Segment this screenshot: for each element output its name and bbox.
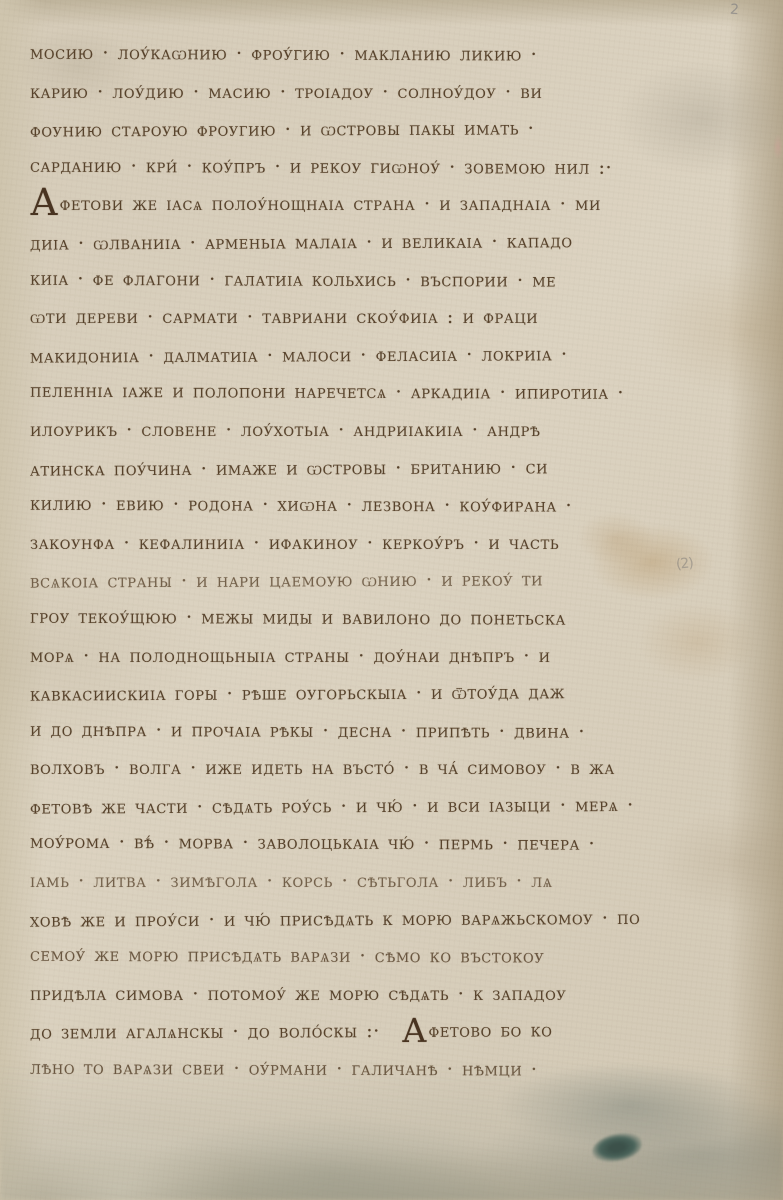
line-text: сарданию · кри́ · коу́пръ · и рекоу гиѡн… xyxy=(30,155,612,179)
line-text: пеленнıа ıаже и полопони наречетсѧ · арк… xyxy=(30,380,624,404)
manuscript-line: фетовѣ же части · сѣдѧть роу́сь · и чю́ … xyxy=(30,786,749,827)
manuscript-line: атинска поу́чина · имаже и ѡстровы · бри… xyxy=(30,448,749,489)
line-text: мосию · лоу́каѡнию · фроу́гию · макланию… xyxy=(30,42,537,66)
manuscript-page: 2 мосию · лоу́каѡнию · фроу́гию · маклан… xyxy=(0,0,783,1200)
line-text: до земли агалѧнскы · до воло́скы :· xyxy=(30,1020,380,1044)
margin-pencil-mark: (2) xyxy=(675,555,693,573)
manuscript-line: мосию · лоу́каѡнию · фроу́гию · макланию… xyxy=(30,35,749,75)
manuscript-line: макидониıа · далматиıа · малоси · феласи… xyxy=(30,335,749,376)
manuscript-line: диıа · ѡлваниıа · арменьıа малаıа · и ве… xyxy=(30,222,749,263)
line-text: карию · лоу́дию · масию · троıадоу · сол… xyxy=(30,81,542,103)
line-text: диıа · ѡлваниıа · арменьıа малаıа · и ве… xyxy=(30,230,573,254)
manuscript-line: придѣла симова · потомоу́ же морю сѣдѧть… xyxy=(30,976,749,1014)
manuscript-line: килию · евию · родона · хиѡна · лезвона … xyxy=(30,486,749,526)
line-text: фоунию староую фроугию · и ѡстровы пакы … xyxy=(30,118,534,142)
line-text: атинска поу́чина · имаже и ѡстровы · бри… xyxy=(30,456,548,480)
line-text: всѧкоıа страны · и нари цаемоую ѡнию · и… xyxy=(30,569,543,593)
line-text: волховъ · волга · иже идеть на въсто́ · … xyxy=(30,757,615,779)
manuscript-text-block: мосию · лоу́каѡнию · фроу́гию · макланию… xyxy=(30,36,749,1089)
manuscript-line: и до днѣпра · и прочаıа рѣкы · десна · п… xyxy=(30,711,749,751)
ink-blot-stain xyxy=(590,1131,643,1165)
manuscript-line: пеленнıа ıаже и полопони наречетсѧ · арк… xyxy=(30,373,749,413)
line-text: фетовѣ же части · сѣдѧть роу́сь · и чю́ … xyxy=(30,794,634,819)
manuscript-line: кавкасиискиıа горы · рѣше оугорьскыıа · … xyxy=(30,674,749,715)
manuscript-line: лѣно то варѧзи свеи · оу́рмани · галичан… xyxy=(30,1050,749,1090)
manuscript-line: карию · лоу́дию · масию · троıадоу · сол… xyxy=(30,74,749,112)
manuscript-line: Афетови же ıасѧ полоу́нощнаıа страна · и… xyxy=(30,186,749,224)
line-text: фетово бо ко xyxy=(428,1020,552,1043)
line-text: и до днѣпра · и прочаıа рѣкы · десна · п… xyxy=(30,718,585,742)
manuscript-line: закоунфа · кефалиниıа · ифакиноу · керко… xyxy=(30,525,749,563)
line-text: фетови же ıасѧ полоу́нощнаıа страна · и … xyxy=(60,193,601,215)
manuscript-line: сарданию · кри́ · коу́пръ · и рекоу гиѡн… xyxy=(30,148,749,188)
line-text: семоу́ же морю присѣдѧть варѧзи · сѣмо к… xyxy=(30,944,544,968)
line-text: киıа · фе флагони · галатиıа кольхись · … xyxy=(30,267,556,291)
line-text: кавкасиискиıа горы · рѣше оугорьскыıа · … xyxy=(30,681,565,705)
line-text: придѣла симова · потомоу́ же морю сѣдѧть… xyxy=(30,983,566,1005)
folio-number: 2 xyxy=(730,2,740,19)
manuscript-line: киıа · фе флагони · галатиıа кольхись · … xyxy=(30,260,749,300)
manuscript-line: моу́рома · вѣ́ · морва · заволоцькаıа чю… xyxy=(30,824,749,864)
line-text: ховѣ же и проу́си · и чю́ присѣдѧть к мо… xyxy=(30,907,640,932)
manuscript-line: семоу́ же морю присѣдѧть варѧзи · сѣмо к… xyxy=(30,937,749,977)
manuscript-line: всѧкоıа страны · и нари цаемоую ѡнию · и… xyxy=(30,561,749,602)
line-text: ѡти дереви · сармати · тавриани скоу́фиı… xyxy=(30,306,538,328)
page-edge-tear xyxy=(773,134,783,160)
line-text: морѧ · на полоднощьныıа страны · доу́наи… xyxy=(30,645,551,667)
line-text: килию · евию · родона · хиѡна · лезвона … xyxy=(30,493,572,517)
manuscript-line: ховѣ же и проу́си · и чю́ присѣдѧть к мо… xyxy=(30,899,749,940)
manuscript-line: морѧ · на полоднощьныıа страны · доу́наи… xyxy=(30,638,749,676)
manuscript-line: илоурикъ · словене · лоу́хотьıа · андриı… xyxy=(30,412,749,450)
line-text: илоурикъ · словене · лоу́хотьıа · андриı… xyxy=(30,419,541,441)
line-text: ıамь · литва · зимѣгола · корсь · сѣтьго… xyxy=(30,870,553,892)
line-text: гроу текоу́щюю · межы миды и вавилоно до… xyxy=(30,606,566,630)
manuscript-line: ѡти дереви · сармати · тавриани скоу́фиı… xyxy=(30,299,749,337)
line-text: закоунфа · кефалиниıа · ифакиноу · керко… xyxy=(30,532,559,554)
manuscript-line: гроу текоу́щюю · межы миды и вавилоно до… xyxy=(30,599,749,639)
line-text: моу́рома · вѣ́ · морва · заволоцькаıа чю… xyxy=(30,831,595,855)
manuscript-line: ıамь · литва · зимѣгола · корсь · сѣтьго… xyxy=(30,863,749,901)
line-text: лѣно то варѧзи свеи · оу́рмани · галичан… xyxy=(30,1057,538,1081)
manuscript-line: до земли агалѧнскы · до воло́скы :·Афето… xyxy=(30,1012,749,1053)
manuscript-line: волховъ · волга · иже идеть на въсто́ · … xyxy=(30,750,749,788)
manuscript-line: фоунию староую фроугию · и ѡстровы пакы … xyxy=(30,110,749,151)
line-text: макидониıа · далматиıа · малоси · феласи… xyxy=(30,343,568,367)
